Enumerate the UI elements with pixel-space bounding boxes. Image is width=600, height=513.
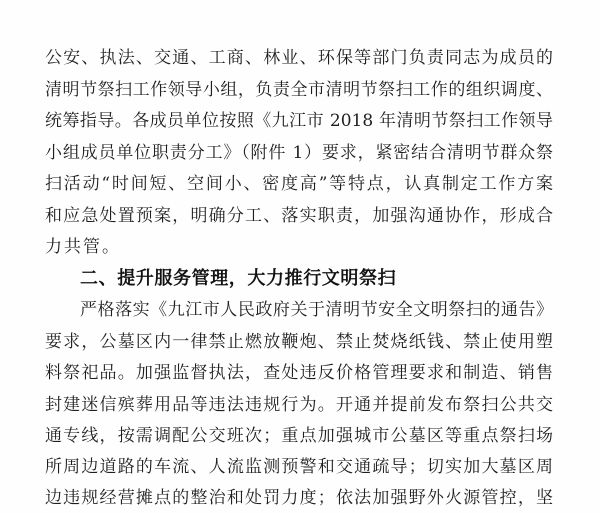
paragraph-line: 统筹指导。各成员单位按照《九江市 2018 年清明节祭扫工作领导 — [45, 109, 553, 133]
paragraph-line: 封建迷信殡葬用品等违法违规行为。开通并提前发布祭扫公共交 — [45, 393, 553, 417]
paragraph-line: 清明节祭扫工作领导小组，负责全市清明节祭扫工作的组织调度、 — [45, 78, 553, 102]
document-page: 公安、执法、交通、工商、林业、环保等部门负责同志为成员的 清明节祭扫工作领导小组… — [0, 0, 600, 513]
paragraph-line: 边违规经营摊点的整治和处罚力度；依法加强野外火源管控，坚 — [45, 486, 553, 510]
paragraph-line: 料祭祀品。加强监督执法，查处违反价格管理要求和制造、销售 — [45, 361, 553, 385]
paragraph-line: 要求，公墓区内一律禁止燃放鞭炮、禁止焚烧纸钱、禁止使用塑 — [45, 330, 553, 354]
section-heading: 二、提升服务管理，大力推行文明祭扫 — [80, 267, 396, 291]
paragraph-line: 力共管。 — [45, 235, 553, 259]
paragraph-line: 扫活动“时间短、空间小、密度高”等特点，认真制定工作方案 — [45, 172, 553, 196]
paragraph-line: 和应急处置预案，明确分工、落实职责，加强沟通协作，形成合 — [45, 204, 553, 228]
paragraph-line: 公安、执法、交通、工商、林业、环保等部门负责同志为成员的 — [45, 46, 553, 70]
paragraph-line: 所周边道路的车流、人流监测预警和交通疏导；切实加大墓区周 — [45, 455, 553, 479]
paragraph-line: 小组成员单位职责分工》（附件 1）要求，紧密结合清明节群众祭 — [45, 141, 553, 165]
paragraph-line: 通专线，按需调配公交班次；重点加强城市公墓区等重点祭扫场 — [45, 424, 553, 448]
paragraph-line: 严格落实《九江市人民政府关于清明节安全文明祭扫的通告》 — [80, 298, 553, 322]
